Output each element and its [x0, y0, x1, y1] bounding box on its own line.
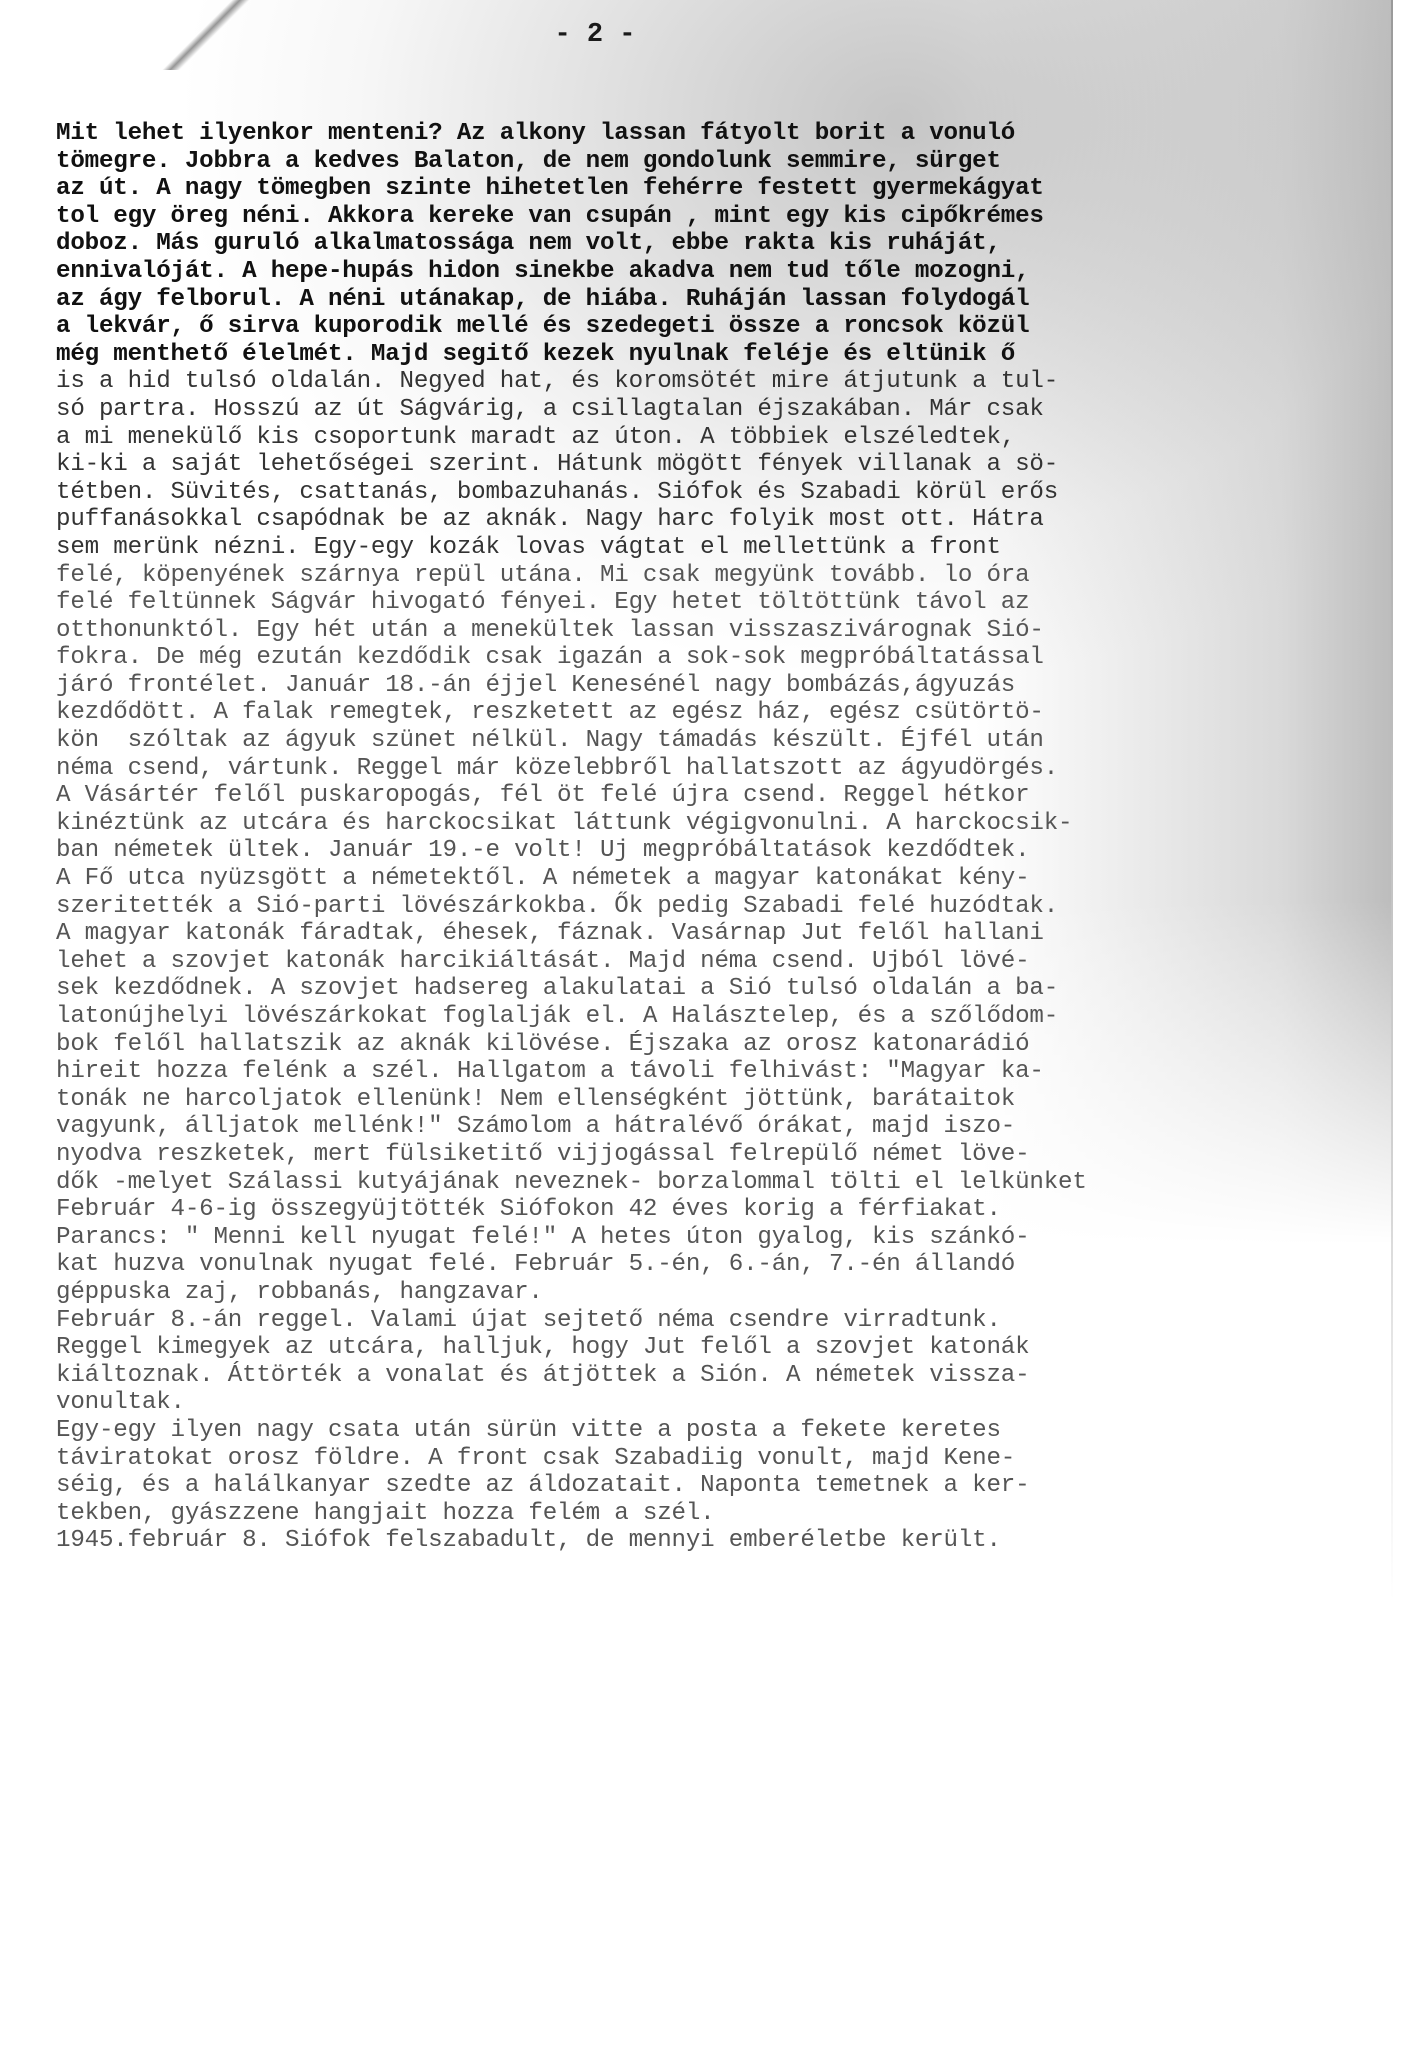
text-line: Reggel kimegyek az utcára, halljuk, hogy… — [56, 1334, 1406, 1362]
text-line: séig, és a halálkanyar szedte az áldozat… — [56, 1472, 1406, 1500]
text-line: néma csend, vártunk. Reggel már közelebb… — [56, 755, 1406, 783]
text-line: szeritették a Sió-parti lövészárkokba. Ő… — [56, 893, 1406, 921]
text-line: felé, köpenyének szárnya repül utána. Mi… — [56, 562, 1406, 590]
text-line: Február 4-6-ig összegyüjtötték Siófokon … — [56, 1196, 1406, 1224]
text-line: bok felől hallatszik az aknák kilövése. … — [56, 1031, 1406, 1059]
text-line: nyodva reszketek, mert fülsiketitő vijjo… — [56, 1141, 1406, 1169]
text-line: sek kezdődnek. A szovjet hadsereg alakul… — [56, 975, 1406, 1003]
text-line: lehet a szovjet katonák harcikiáltását. … — [56, 948, 1406, 976]
text-line: géppuska zaj, robbanás, hangzavar. — [56, 1279, 1406, 1307]
typewritten-body: Mit lehet ilyenkor menteni? Az alkony la… — [56, 120, 1406, 1555]
text-line: tétben. Süvités, csattanás, bombazuhanás… — [56, 479, 1406, 507]
text-line: kön szóltak az ágyuk szünet nélkül. Nagy… — [56, 727, 1406, 755]
text-line: kat huzva vonulnak nyugat felé. Február … — [56, 1251, 1406, 1279]
text-line: kinéztünk az utcára és harckocsikat látt… — [56, 810, 1406, 838]
text-line: vonultak. — [56, 1389, 1406, 1417]
text-line: táviratokat orosz földre. A front csak S… — [56, 1445, 1406, 1473]
text-line: a lekvár, ő sirva kuporodik mellé és sze… — [56, 313, 1406, 341]
text-line: is a hid tulsó oldalán. Negyed hat, és k… — [56, 368, 1406, 396]
text-line: fokra. De még ezután kezdődik csak igazá… — [56, 644, 1406, 672]
page-number: - 2 - — [540, 20, 650, 50]
text-line: tol egy öreg néni. Akkora kereke van csu… — [56, 203, 1406, 231]
text-line: tonák ne harcoljatok ellenünk! Nem ellen… — [56, 1086, 1406, 1114]
page-fold-shadow — [160, 0, 250, 70]
text-line: az ágy felborul. A néni utánakap, de hiá… — [56, 286, 1406, 314]
text-line: só partra. Hosszú az út Ságvárig, a csil… — [56, 396, 1406, 424]
text-line: az út. A nagy tömegben szinte hihetetlen… — [56, 175, 1406, 203]
text-line: kezdődött. A falak remegtek, reszketett … — [56, 699, 1406, 727]
text-line: a mi menekülő kis csoportunk maradt az ú… — [56, 424, 1406, 452]
text-line: tömegre. Jobbra a kedves Balaton, de nem… — [56, 148, 1406, 176]
text-line: ban németek ültek. Január 19.-e volt! Uj… — [56, 837, 1406, 865]
text-line: otthonunktól. Egy hét után a menekültek … — [56, 617, 1406, 645]
text-line: sem merünk nézni. Egy-egy kozák lovas vá… — [56, 534, 1406, 562]
text-line: még menthető élelmét. Majd segitő kezek … — [56, 341, 1406, 369]
text-line: latonújhelyi lövészárkokat foglalják el.… — [56, 1003, 1406, 1031]
text-line: puffanásokkal csapódnak be az aknák. Nag… — [56, 506, 1406, 534]
text-line: dők -melyet Szálassi kutyájának neveznek… — [56, 1169, 1406, 1197]
text-line: Mit lehet ilyenkor menteni? Az alkony la… — [56, 120, 1406, 148]
text-line: Egy-egy ilyen nagy csata után sürün vitt… — [56, 1417, 1406, 1445]
text-line: tekben, gyászzene hangjait hozza felém a… — [56, 1500, 1406, 1528]
text-line: ennivalóját. A hepe-hupás hidon sinekbe … — [56, 258, 1406, 286]
text-line: felé feltünnek Ságvár hivogató fényei. E… — [56, 589, 1406, 617]
text-line: 1945.február 8. Siófok felszabadult, de … — [56, 1527, 1406, 1555]
text-line: A Vásártér felől puskaropogás, fél öt fe… — [56, 782, 1406, 810]
text-line: hireit hozza felénk a szél. Hallgatom a … — [56, 1058, 1406, 1086]
text-line: ki-ki a saját lehetőségei szerint. Hátun… — [56, 451, 1406, 479]
text-line: Parancs: " Menni kell nyugat felé!" A he… — [56, 1224, 1406, 1252]
text-line: vagyunk, álljatok mellénk!" Számolom a h… — [56, 1113, 1406, 1141]
text-line: A Fő utca nyüzsgött a németektől. A néme… — [56, 865, 1406, 893]
text-line: kiáltoznak. Áttörték a vonalat és átjött… — [56, 1362, 1406, 1390]
text-line: A magyar katonák fáradtak, éhesek, fázna… — [56, 920, 1406, 948]
text-line: doboz. Más guruló alkalmatossága nem vol… — [56, 230, 1406, 258]
text-line: Február 8.-án reggel. Valami újat sejtet… — [56, 1307, 1406, 1335]
text-line: járó frontélet. Január 18.-án éjjel Kene… — [56, 672, 1406, 700]
